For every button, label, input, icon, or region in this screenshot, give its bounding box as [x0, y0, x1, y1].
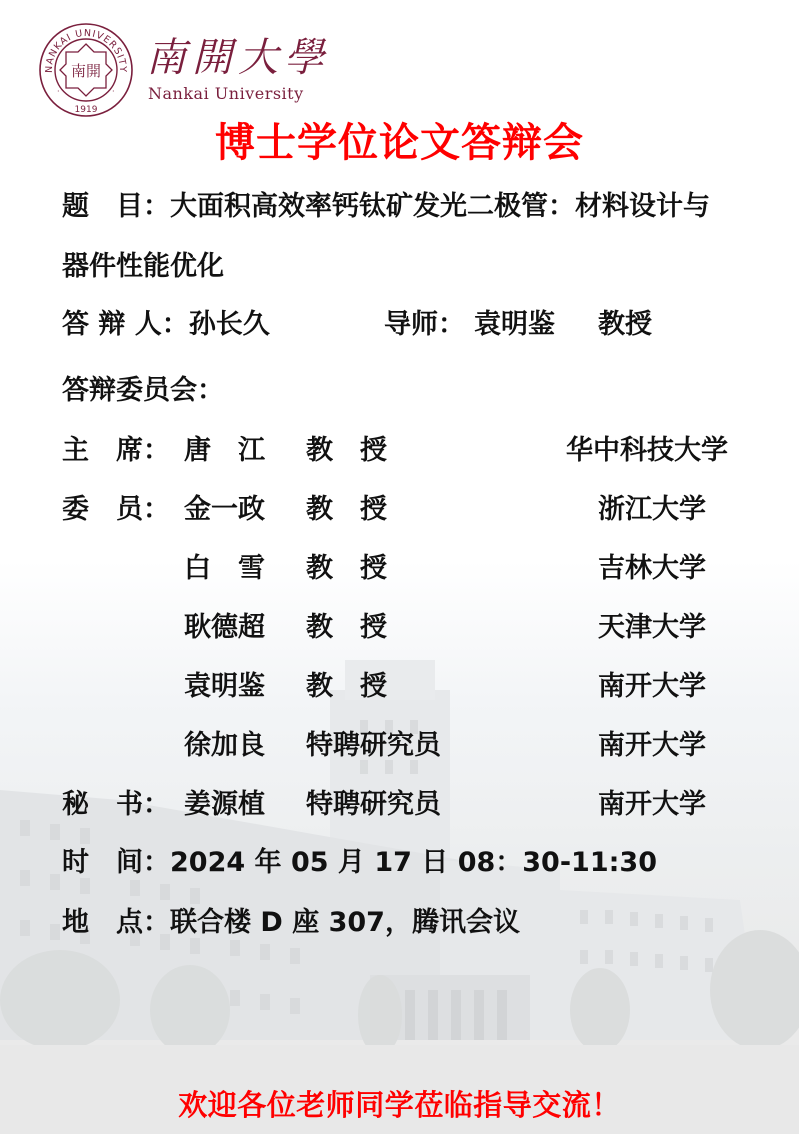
time-row: 时 间：2024 年 05 月 17 日 08：30-11:30 [62, 846, 657, 880]
member-title: 教 授 [306, 670, 387, 704]
thesis-label: 题 目： [62, 190, 170, 224]
defender-row: 答 辩 人：孙长久 导师： 袁明鉴 教授 [62, 308, 270, 342]
place-label: 地 点： [62, 906, 170, 940]
poster: NANKAI UNIVERSITY 1919 · · 南開 南開大學 Nanka… [0, 0, 799, 1134]
thesis-row-2: 器件性能优化 [62, 250, 224, 284]
place-value: 联合楼 D 座 307，腾讯会议 [170, 907, 520, 938]
svg-text:南開: 南開 [71, 62, 101, 80]
member-title: 特聘研究员 [306, 729, 441, 763]
place-row: 地 点：联合楼 D 座 307，腾讯会议 [62, 906, 520, 940]
chair-label: 主 席： [62, 434, 170, 468]
chair-title: 教 授 [306, 434, 387, 468]
university-name-en: Nankai University [148, 84, 304, 103]
time-label: 时 间： [62, 846, 170, 880]
chair-institution: 华中科技大学 [566, 434, 728, 468]
member-institution: 南开大学 [598, 670, 706, 704]
member-name: 徐加良 [184, 729, 265, 763]
member-name: 白 雪 [184, 552, 265, 586]
thesis-title-line2: 器件性能优化 [62, 251, 224, 282]
page-title: 博士学位论文答辩会 [0, 118, 799, 168]
members-label: 委 员： [62, 493, 170, 527]
secretary-name: 姜源植 [184, 788, 265, 822]
member-title: 教 授 [306, 552, 387, 586]
member-institution: 吉林大学 [598, 552, 706, 586]
nankai-seal-logo-icon: NANKAI UNIVERSITY 1919 · · 南開 [38, 22, 134, 118]
defender-name: 孙长久 [189, 309, 270, 340]
chair-name: 唐 江 [184, 434, 265, 468]
member-institution: 浙江大学 [598, 493, 706, 527]
member-title: 教 授 [306, 611, 387, 645]
university-name-cn: 南開大學 [146, 36, 330, 80]
thesis-title-line1: 大面积高效率钙钛矿发光二极管：材料设计与 [170, 191, 710, 222]
member-name: 袁明鉴 [184, 670, 265, 704]
secretary-institution: 南开大学 [598, 788, 706, 822]
member-name: 金一政 [184, 493, 265, 527]
thesis-row: 题 目：大面积高效率钙钛矿发光二极管：材料设计与 [62, 190, 710, 224]
advisor-label: 导师： [384, 308, 465, 342]
member-institution: 天津大学 [598, 611, 706, 645]
defender-label: 答 辩 人： [62, 308, 189, 342]
member-name: 耿德超 [184, 611, 265, 645]
time-value: 2024 年 05 月 17 日 08：30-11:30 [170, 847, 657, 878]
advisor-name: 袁明鉴 [474, 308, 555, 342]
advisor-title: 教授 [598, 308, 652, 342]
committee-heading: 答辩委员会： [62, 374, 224, 408]
member-title: 教 授 [306, 493, 387, 527]
svg-text:1919: 1919 [75, 105, 98, 115]
secretary-title: 特聘研究员 [306, 788, 441, 822]
member-institution: 南开大学 [598, 729, 706, 763]
svg-text:·: · [57, 87, 60, 96]
welcome-message: 欢迎各位老师同学莅临指导交流！ [0, 1087, 799, 1123]
secretary-label: 秘 书： [62, 788, 170, 822]
svg-text:·: · [112, 87, 115, 96]
